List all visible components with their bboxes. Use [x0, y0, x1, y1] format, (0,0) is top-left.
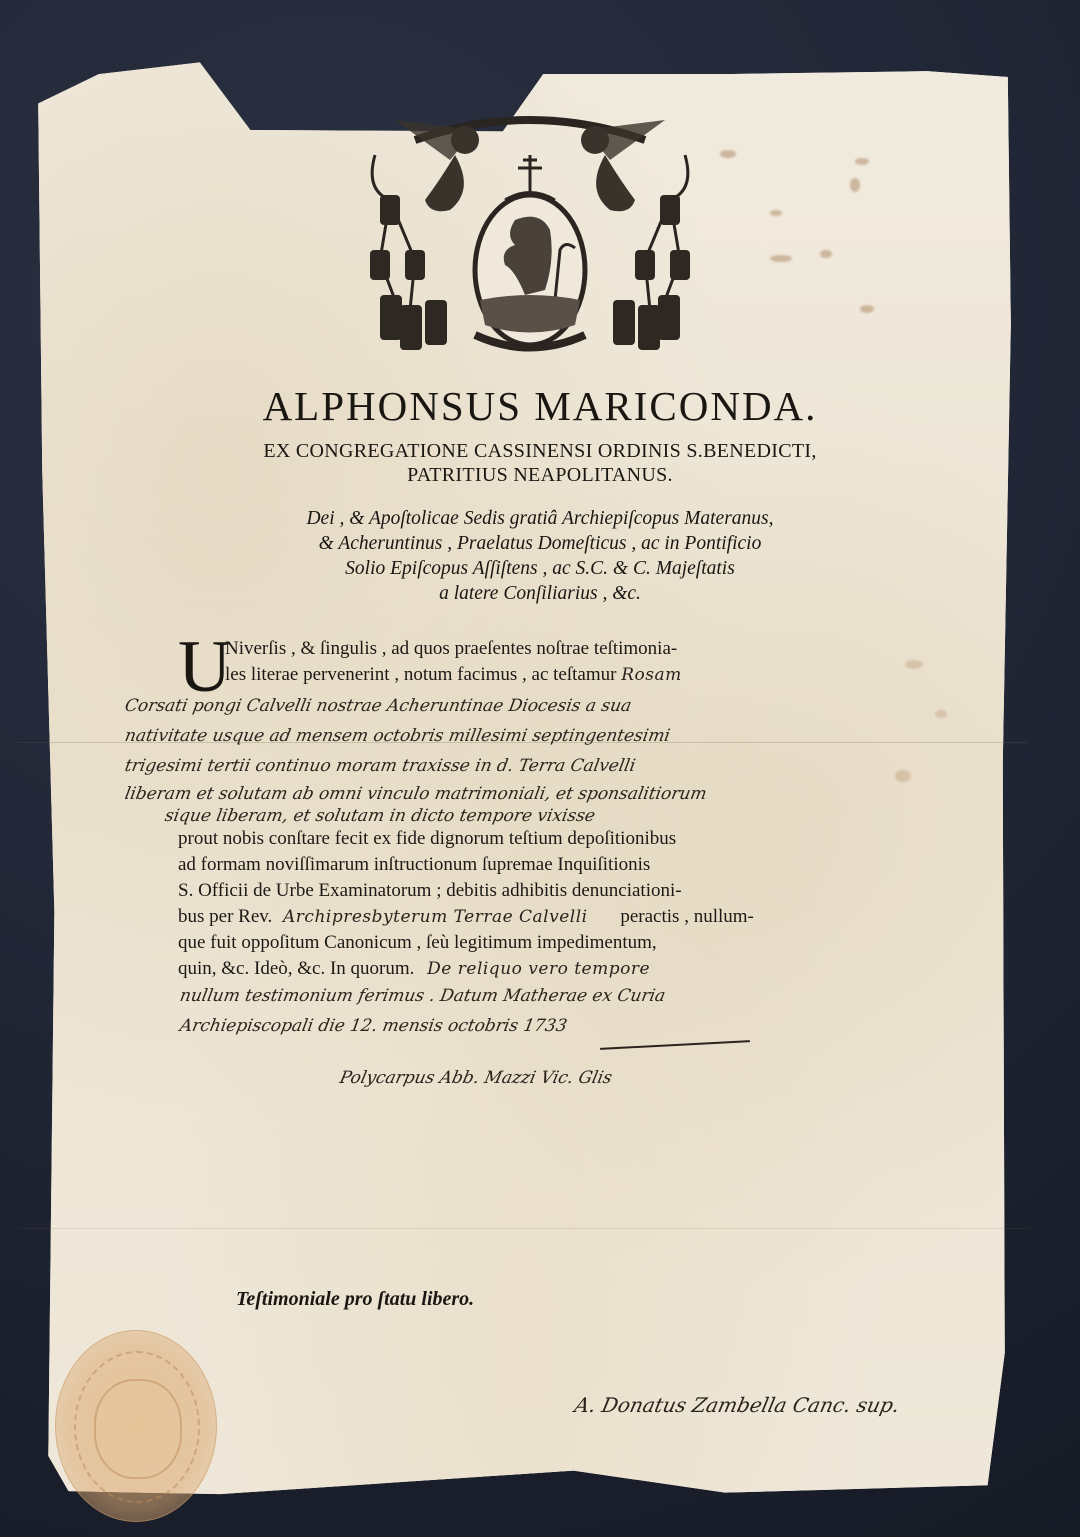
handwritten-line: Corsati pongi Calvelli nostrae Acherunti…	[123, 696, 633, 716]
printed-line: Niverſis , & ſingulis , ad quos praeſent…	[225, 636, 905, 662]
title-line-2: & Acheruntinus , Praelatus Domeſticus , …	[0, 531, 1080, 556]
handwritten-line: nativitate usque ad mensem octobris mill…	[123, 726, 671, 746]
handwritten-line: trigesimi tertii continuo moram traxisse…	[123, 756, 637, 776]
title-line-1: Dei , & Apoſtolicae Sedis gratiâ Archiep…	[0, 506, 1080, 531]
embossed-seal-icon	[55, 1330, 217, 1522]
handwritten-entry: Archipresbyterum Terrae Calvelli	[283, 907, 588, 927]
handwritten-line: liberam et solutam ab omni vinculo matri…	[123, 784, 708, 804]
printed-line: ad formam noviſſimarum inſtructionum ſup…	[178, 852, 903, 878]
ink-stain	[855, 158, 869, 165]
vicar-signature: Polycarpus Abb. Mazzi Vic. Glis	[338, 1068, 614, 1088]
printed-text: les literae pervenerint , notum facimus …	[225, 664, 616, 685]
ink-stain	[935, 710, 947, 718]
ink-stain	[860, 305, 874, 313]
ink-stain	[850, 178, 860, 192]
fold-line	[18, 1228, 1028, 1229]
printed-text: bus per Rev.	[178, 906, 272, 927]
printed-text: peractis , nullum-	[620, 906, 754, 927]
chancellor-signature: A. Donatus Zambella Canc. sup.	[572, 1393, 902, 1417]
ink-stain	[905, 660, 923, 669]
printed-line: bus per Rev. Archipresbyterum Terrae Cal…	[178, 904, 903, 930]
handwritten-entry: Rosam	[621, 665, 682, 685]
drop-cap: U	[178, 630, 231, 704]
title-line-4: a latere Conſiliarius , &c.	[0, 581, 1080, 606]
testimonial-label: Teſtimoniale pro ſtatu libero.	[236, 1288, 474, 1311]
handwritten-line: sique liberam, et solutam in dicto tempo…	[163, 806, 597, 826]
coat-of-arms-icon	[355, 100, 705, 365]
ink-stain	[770, 255, 792, 262]
printed-line: prout nobis conſtare fecit ex fide digno…	[178, 826, 903, 852]
printed-text: quin, &c. Ideò, &c. In quorum.	[178, 958, 414, 979]
title-line-3: Solio Epiſcopus Aſſiſtens , ac S.C. & C.…	[0, 556, 1080, 581]
printed-line: que fuit oppoſitum Canonicum , ſeù legit…	[178, 930, 903, 956]
seal-shield	[94, 1379, 182, 1479]
printed-line: quin, &c. Ideò, &c. In quorum. De reliqu…	[178, 956, 903, 982]
ink-stain	[820, 250, 832, 258]
patritius-line: PATRITIUS NEAPOLITANUS.	[0, 464, 1080, 487]
handwritten-line: nullum testimonium ferimus . Datum Mathe…	[178, 986, 667, 1006]
handwritten-line: Archiepiscopali die 12. mensis octobris …	[178, 1016, 568, 1036]
ink-stain	[895, 770, 911, 782]
handwritten-entry: De reliquo vero tempore	[427, 959, 650, 979]
ink-stain	[770, 210, 782, 216]
printed-line: S. Officii de Urbe Examinatorum ; debiti…	[178, 878, 903, 904]
bishop-name-heading: ALPHONSUS MARICONDA.	[0, 382, 1080, 430]
congregation-line: EX CONGREGATIONE CASSINENSI ORDINIS S.BE…	[0, 440, 1080, 463]
ink-stain	[720, 150, 736, 158]
printed-line: les literae pervenerint , notum facimus …	[225, 662, 905, 688]
